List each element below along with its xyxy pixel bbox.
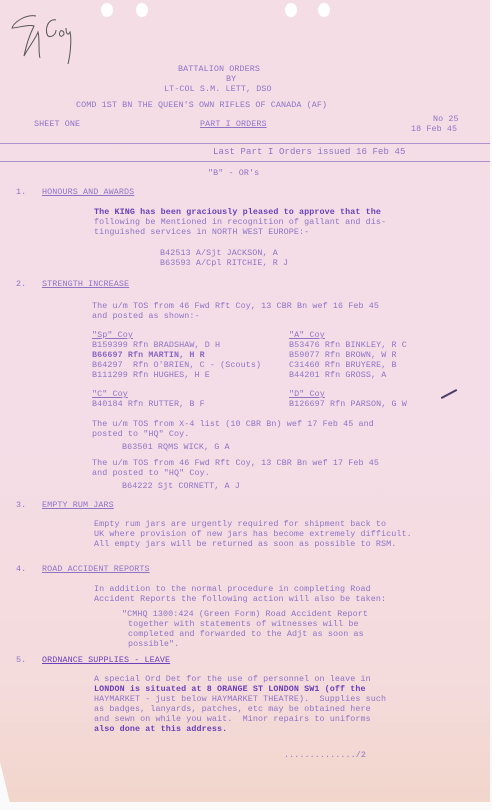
name-entry: B64297 Rfn O'BRIEN, C - (Scouts) xyxy=(92,360,261,370)
divider xyxy=(0,143,490,144)
name-entry: B66697 Rfn MARTIN, H R xyxy=(92,350,205,360)
paragraph-line: as badges, lanyards, patches, etc may be… xyxy=(94,704,371,714)
company-heading: "Sp" Coy xyxy=(92,330,133,340)
name-entry: B42513 A/Sjt JACKSON, A xyxy=(160,248,278,258)
paragraph-line: The KING has been graciously pleased to … xyxy=(94,207,381,217)
name-entry: B159399 Rfn BRADSHAW, D H xyxy=(92,340,220,350)
paragraph-line: In addition to the normal procedure in c… xyxy=(94,584,371,594)
name-entry: B64222 Sjt CORNETT, A J xyxy=(122,481,240,491)
quote-line: together with statements of witnesses wi… xyxy=(128,619,359,629)
last-issued-note: Last Part I Orders issued 16 Feb 45 xyxy=(213,147,406,157)
punch-hole xyxy=(136,3,148,17)
handwritten-note-icon xyxy=(8,8,78,68)
section-title: ROAD ACCIDENT REPORTS xyxy=(42,564,150,574)
name-entry: B63593 A/Cpl RITCHIE, R J xyxy=(160,258,288,268)
order-number: No 25 xyxy=(433,114,459,124)
order-date: 18 Feb 45 xyxy=(411,124,457,134)
section-title: ORDNANCE SUPPLIES - LEAVE xyxy=(42,655,170,665)
header-by: BY xyxy=(226,74,236,84)
paragraph-line: The u/m TOS from X-4 list (10 CBR Bn) we… xyxy=(92,419,374,429)
paragraph-line: following be Mentioned in recognition of… xyxy=(94,217,386,227)
name-entry: B126697 Rfn PARSON, G W xyxy=(289,399,407,409)
paragraph-line: The u/m TOS from 46 Fwd Rft Coy, 13 CBR … xyxy=(92,301,379,311)
company-heading: "D" Coy xyxy=(289,389,325,399)
paragraph-line: tinguished services in NORTH WEST EUROPE… xyxy=(94,227,309,237)
section-title: EMPTY RUM JARS xyxy=(42,500,114,510)
continuation-marker: ............../2 xyxy=(284,750,366,760)
paragraph-line: Empty rum jars are urgently required for… xyxy=(94,519,386,529)
section-number: 5. xyxy=(16,655,26,665)
section-number: 2. xyxy=(16,279,26,289)
quote-line: possible". xyxy=(128,639,179,649)
quote-line: "CMHQ 1300:424 (Green Form) Road Acciden… xyxy=(122,609,368,619)
paragraph-line: A special Ord Det for the use of personn… xyxy=(94,674,371,684)
name-entry: B40184 Rfn RUTTER, B F xyxy=(92,399,205,409)
sheet-label: SHEET ONE xyxy=(34,119,80,129)
punch-hole xyxy=(318,3,330,17)
paragraph-line: UK where provision of new jars has becom… xyxy=(94,529,412,539)
paragraph-line: posted to "HQ" Coy. xyxy=(92,429,189,439)
paragraph-line: HAYMARKET - just below HAYMARKET THEATRE… xyxy=(94,694,386,704)
paragraph-line: and sewn on while you wait. Minor repair… xyxy=(94,714,371,724)
company-heading: "C" Coy xyxy=(92,389,128,399)
section-number: 1. xyxy=(16,187,26,197)
name-entry: B63501 RQMS WICK, G A xyxy=(122,442,230,452)
paragraph-line: and posted to "HQ" Coy. xyxy=(92,468,210,478)
section-number: 3. xyxy=(16,500,26,510)
divider xyxy=(0,161,490,162)
name-entry: B59077 Rfn BROWN, W R xyxy=(289,350,397,360)
section-number: 4. xyxy=(16,564,26,574)
subheading: "B" - OR's xyxy=(208,168,259,178)
paragraph-line: All empty jars will be returned as soon … xyxy=(94,539,396,549)
paragraph-line: also done at this address. xyxy=(94,724,227,734)
quote-line: completed and forwarded to the Adjt as s… xyxy=(128,629,364,639)
name-entry: B44201 Rfn GROSS, A xyxy=(289,370,386,380)
section-title: STRENGTH INCREASE xyxy=(42,279,129,289)
name-entry: B53476 Rfn BINKLEY, R C xyxy=(289,340,407,350)
part-title: PART I ORDERS xyxy=(200,119,267,129)
name-entry: C31460 Rfn BRUYERE, B xyxy=(289,360,397,370)
company-heading: "A" Coy xyxy=(289,330,325,340)
paragraph-line: and posted as shown:- xyxy=(92,311,200,321)
section-title: HONOURS AND AWARDS xyxy=(42,187,134,197)
punch-hole xyxy=(101,3,113,17)
header-title: BATTALION ORDERS xyxy=(178,64,260,74)
name-entry: B111299 Rfn HUGHES, H E xyxy=(92,370,210,380)
header-commander: LT-COL S.M. LETT, DSO xyxy=(164,84,272,94)
paragraph-line: Accident Reports the following action wi… xyxy=(94,594,386,604)
paragraph-line: LONDON is situated at 8 ORANGE ST LONDON… xyxy=(94,684,366,694)
punch-hole xyxy=(285,3,297,17)
paragraph-line: The u/m TOS from 46 Fwd Rft Coy, 13 CBR … xyxy=(92,458,379,468)
header-unit: COMD 1ST BN THE QUEEN'S OWN RIFLES OF CA… xyxy=(76,100,327,110)
